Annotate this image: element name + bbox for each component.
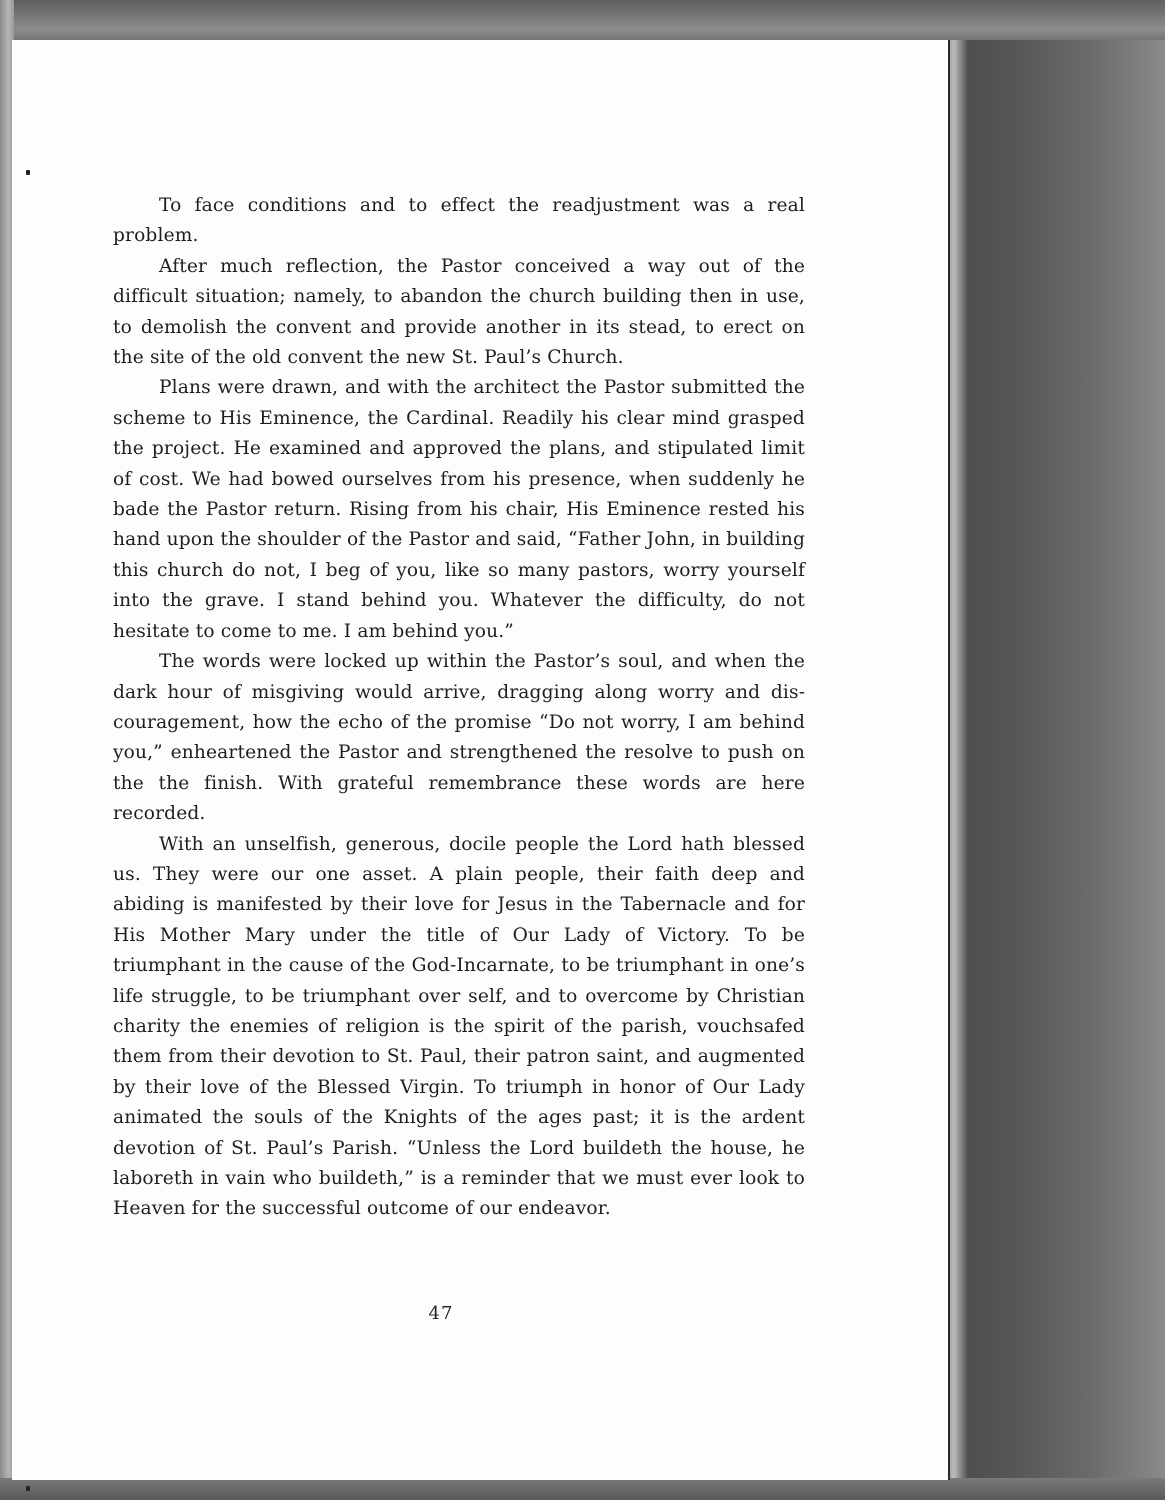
paragraph: After much reflection, the Pastor concei… [113, 252, 805, 374]
body-text: To face conditions and to effect the rea… [113, 191, 805, 1225]
paragraph: To face conditions and to effect the rea… [113, 191, 805, 252]
scan-top-edge [0, 0, 1165, 42]
margin-speck [26, 170, 30, 175]
paragraph: The words were locked up within the Past… [113, 647, 805, 829]
scan-bottom-edge [0, 1478, 1165, 1500]
margin-speck [26, 1486, 30, 1491]
page-number: 47 [0, 1303, 1165, 1324]
paragraph: With an unselfish, generous, docile peop… [113, 830, 805, 1225]
scan-right-shadow [948, 40, 1165, 1480]
paragraph: Plans were drawn, and with the architect… [113, 373, 805, 647]
